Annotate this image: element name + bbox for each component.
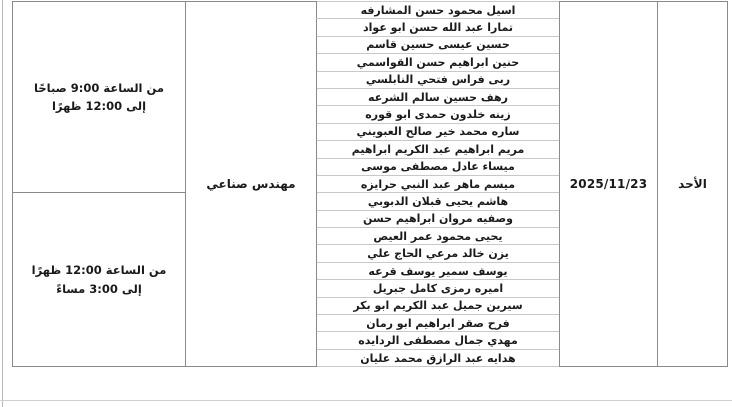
- student-name: يحيى محمود عمر العيص: [317, 228, 560, 245]
- time-to: إلى 3:00 مساءً: [13, 280, 185, 298]
- page-edge: [2, 0, 3, 407]
- time-to: إلى 12:00 ظهرًا: [13, 97, 185, 115]
- student-name: اميره رمزى كامل جبريل: [317, 280, 560, 297]
- student-name: سيرين جميل عبد الكريم ابو بكر: [317, 297, 560, 314]
- student-name: ميساء عادل مصطفى موسى: [317, 158, 560, 175]
- specialization-cell: مهندس صناعي: [186, 2, 317, 367]
- student-name: وصفيه مروان ابراهيم حسن: [317, 210, 560, 227]
- student-name: حسين عيسى حسين قاسم: [317, 36, 560, 53]
- student-name: ميسم ماهر عبد النبي حرايزه: [317, 175, 560, 192]
- day-cell: الأحد: [658, 2, 728, 367]
- student-name: مهدي جمال مصطفى الردايده: [317, 332, 560, 349]
- student-name: هاشم يحيى قبلان الدبوبي: [317, 193, 560, 210]
- student-name: فرح صقر ابراهيم ابو رمان: [317, 315, 560, 332]
- student-name: رهف حسين سالم الشرعه: [317, 88, 560, 105]
- student-name: ربى فراس فتحي النابلسي: [317, 71, 560, 88]
- student-name: هدايه عبد الرازق محمد عليان: [317, 349, 560, 366]
- time-from: من الساعة 12:00 ظهرًا: [13, 261, 185, 279]
- time-slot-morning: من الساعة 9:00 صباحًا إلى 12:00 ظهرًا: [13, 2, 186, 193]
- table-row: الأحد 2025/11/23 اسيل محمود حسن المشارفه…: [13, 2, 728, 19]
- student-name: حنين ابراهيم حسن القواسمي: [317, 54, 560, 71]
- time-slot-afternoon: من الساعة 12:00 ظهرًا إلى 3:00 مساءً: [13, 193, 186, 367]
- student-name: مريم ابراهيم عبد الكريم ابراهيم: [317, 141, 560, 158]
- date-cell: 2025/11/23: [560, 2, 658, 367]
- student-name: يزن خالد مرعي الحاج علي: [317, 245, 560, 262]
- student-name: ساره محمد خير صالح العبويني: [317, 123, 560, 140]
- student-name: زينه خلدون حمدى ابو قوره: [317, 106, 560, 123]
- student-name: اسيل محمود حسن المشارفه: [317, 2, 560, 19]
- page-edge: [0, 400, 732, 401]
- student-name: تمارا عبد الله حسن ابو عواد: [317, 19, 560, 36]
- time-from: من الساعة 9:00 صباحًا: [13, 79, 185, 97]
- exam-schedule-table: الأحد 2025/11/23 اسيل محمود حسن المشارفه…: [12, 1, 728, 367]
- student-name: يوسف سمير يوسف قرعه: [317, 262, 560, 279]
